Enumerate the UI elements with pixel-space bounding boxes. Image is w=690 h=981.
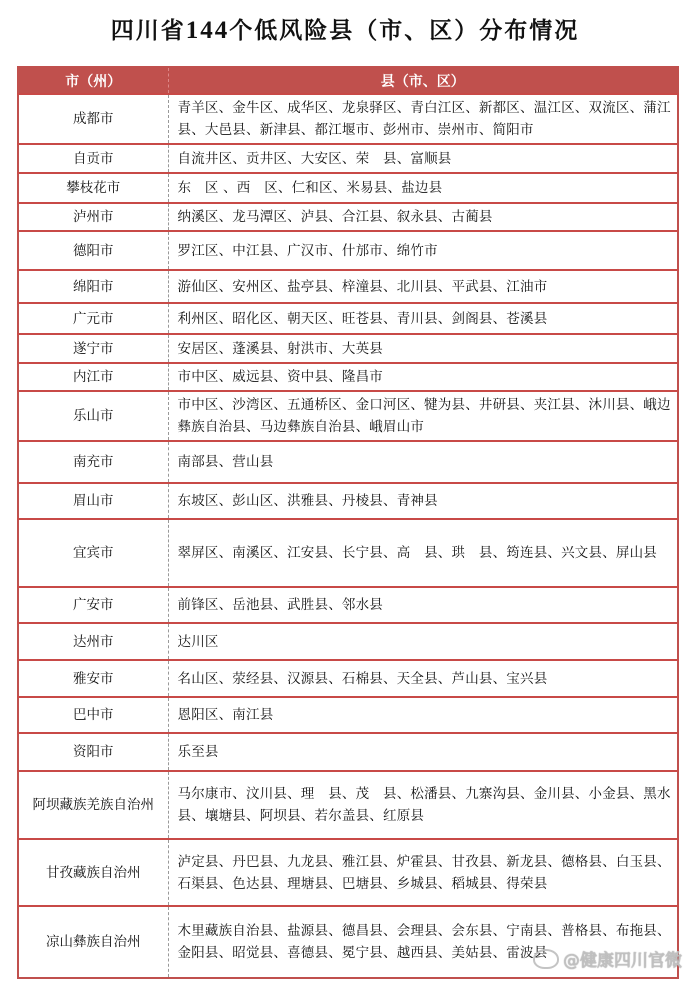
- city-cell: 南充市: [18, 441, 168, 483]
- counties-cell: 恩阳区、南江县: [168, 697, 678, 733]
- city-cell: 泸州市: [18, 203, 168, 231]
- table-row: 达州市达川区: [18, 623, 678, 660]
- counties-cell: 自流井区、贡井区、大安区、荣 县、富顺县: [168, 144, 678, 173]
- counties-cell: 乐至县: [168, 733, 678, 771]
- table-row: 自贡市自流井区、贡井区、大安区、荣 县、富顺县: [18, 144, 678, 173]
- table-row: 资阳市乐至县: [18, 733, 678, 771]
- title-prefix: 四川省: [111, 17, 186, 44]
- counties-cell: 翠屏区、南溪区、江安县、长宁县、高 县、珙 县、筠连县、兴文县、屏山县: [168, 519, 678, 587]
- counties-cell: 达川区: [168, 623, 678, 660]
- table-row: 宜宾市翠屏区、南溪区、江安县、长宁县、高 县、珙 县、筠连县、兴文县、屏山县: [18, 519, 678, 587]
- table-row: 内江市市中区、威远县、资中县、隆昌市: [18, 363, 678, 391]
- counties-cell: 东 区 、西 区、仁和区、米易县、盐边县: [168, 173, 678, 203]
- counties-cell: 纳溪区、龙马潭区、泸县、合江县、叙永县、古蔺县: [168, 203, 678, 231]
- low-risk-county-table: 市（州） 县（市、区） 成都市青羊区、金牛区、成华区、龙泉驿区、青白江区、新都区…: [17, 66, 679, 979]
- table-header-row: 市（州） 县（市、区）: [18, 67, 678, 94]
- title-suffix: 个低风险县（市、区）分布情况: [229, 17, 579, 44]
- table-row: 广安市前锋区、岳池县、武胜县、邻水县: [18, 587, 678, 623]
- city-cell: 攀枝花市: [18, 173, 168, 203]
- city-cell: 宜宾市: [18, 519, 168, 587]
- city-cell: 达州市: [18, 623, 168, 660]
- city-cell: 甘孜藏族自治州: [18, 839, 168, 906]
- city-cell: 巴中市: [18, 697, 168, 733]
- city-cell: 凉山彝族自治州: [18, 906, 168, 978]
- table-row: 甘孜藏族自治州泸定县、丹巴县、九龙县、雅江县、炉霍县、甘孜县、新龙县、德格县、白…: [18, 839, 678, 906]
- table-row: 德阳市罗江区、中江县、广汉市、什邡市、绵竹市: [18, 231, 678, 270]
- city-cell: 雅安市: [18, 660, 168, 697]
- table-row: 巴中市恩阳区、南江县: [18, 697, 678, 733]
- counties-cell: 名山区、荥经县、汉源县、石棉县、天全县、芦山县、宝兴县: [168, 660, 678, 697]
- table-row: 乐山市市中区、沙湾区、五通桥区、金口河区、犍为县、井研县、夹江县、沐川县、峨边彝…: [18, 391, 678, 441]
- table-body: 成都市青羊区、金牛区、成华区、龙泉驿区、青白江区、新都区、温江区、双流区、蒲江县…: [18, 94, 678, 978]
- counties-cell: 泸定县、丹巴县、九龙县、雅江县、炉霍县、甘孜县、新龙县、德格县、白玉县、石渠县、…: [168, 839, 678, 906]
- city-cell: 阿坝藏族羌族自治州: [18, 771, 168, 839]
- city-cell: 乐山市: [18, 391, 168, 441]
- counties-cell: 市中区、沙湾区、五通桥区、金口河区、犍为县、井研县、夹江县、沐川县、峨边彝族自治…: [168, 391, 678, 441]
- column-header-counties: 县（市、区）: [168, 67, 678, 94]
- table-row: 绵阳市游仙区、安州区、盐亭县、梓潼县、北川县、平武县、江油市: [18, 270, 678, 303]
- counties-cell: 安居区、蓬溪县、射洪市、大英县: [168, 334, 678, 363]
- city-cell: 遂宁市: [18, 334, 168, 363]
- table-row: 雅安市名山区、荥经县、汉源县、石棉县、天全县、芦山县、宝兴县: [18, 660, 678, 697]
- counties-cell: 游仙区、安州区、盐亭县、梓潼县、北川县、平武县、江油市: [168, 270, 678, 303]
- counties-cell: 前锋区、岳池县、武胜县、邻水县: [168, 587, 678, 623]
- city-cell: 广安市: [18, 587, 168, 623]
- table-row: 攀枝花市东 区 、西 区、仁和区、米易县、盐边县: [18, 173, 678, 203]
- page-title: 四川省144个低风险县（市、区）分布情况: [0, 12, 690, 45]
- city-cell: 成都市: [18, 94, 168, 144]
- city-cell: 绵阳市: [18, 270, 168, 303]
- table-row: 遂宁市安居区、蓬溪县、射洪市、大英县: [18, 334, 678, 363]
- city-cell: 自贡市: [18, 144, 168, 173]
- table-row: 南充市南部县、营山县: [18, 441, 678, 483]
- watermark-text: @健康四川官微: [563, 946, 682, 971]
- counties-cell: 罗江区、中江县、广汉市、什邡市、绵竹市: [168, 231, 678, 270]
- table-row: 成都市青羊区、金牛区、成华区、龙泉驿区、青白江区、新都区、温江区、双流区、蒲江县…: [18, 94, 678, 144]
- city-cell: 内江市: [18, 363, 168, 391]
- title-number: 144: [186, 17, 230, 44]
- counties-cell: 利州区、昭化区、朝天区、旺苍县、青川县、剑阁县、苍溪县: [168, 303, 678, 334]
- column-header-city: 市（州）: [18, 67, 168, 94]
- table-row: 广元市利州区、昭化区、朝天区、旺苍县、青川县、剑阁县、苍溪县: [18, 303, 678, 334]
- city-cell: 德阳市: [18, 231, 168, 270]
- city-cell: 资阳市: [18, 733, 168, 771]
- counties-cell: 青羊区、金牛区、成华区、龙泉驿区、青白江区、新都区、温江区、双流区、蒲江县、大邑…: [168, 94, 678, 144]
- city-cell: 广元市: [18, 303, 168, 334]
- counties-cell: 南部县、营山县: [168, 441, 678, 483]
- city-cell: 眉山市: [18, 483, 168, 519]
- counties-cell: 东坡区、彭山区、洪雅县、丹棱县、青神县: [168, 483, 678, 519]
- weibo-icon: [533, 949, 559, 969]
- table-row: 泸州市纳溪区、龙马潭区、泸县、合江县、叙永县、古蔺县: [18, 203, 678, 231]
- counties-cell: 市中区、威远县、资中县、隆昌市: [168, 363, 678, 391]
- watermark: @健康四川官微: [533, 946, 682, 971]
- counties-cell: 马尔康市、汶川县、理 县、茂 县、松潘县、九寨沟县、金川县、小金县、黑水县、壤塘…: [168, 771, 678, 839]
- table-row: 阿坝藏族羌族自治州马尔康市、汶川县、理 县、茂 县、松潘县、九寨沟县、金川县、小…: [18, 771, 678, 839]
- table-row: 眉山市东坡区、彭山区、洪雅县、丹棱县、青神县: [18, 483, 678, 519]
